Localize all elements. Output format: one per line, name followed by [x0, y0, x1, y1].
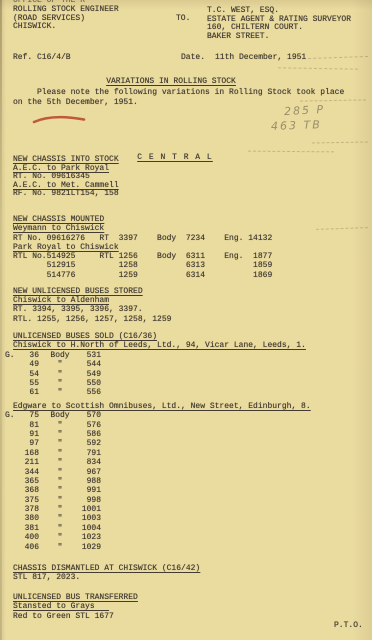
fleet-number: 406 [17, 543, 39, 552]
fleet-number: 55 [17, 379, 39, 388]
g-prefix [5, 458, 17, 467]
table-row: 81 " 576 [0, 421, 311, 430]
route-subheading: Weymann to Chiswick [13, 224, 272, 233]
scan-smudge [308, 56, 368, 59]
table-row: 406 " 1029 [0, 543, 311, 552]
fleet-number: 211 [17, 458, 39, 467]
fleet-number: 91 [17, 430, 39, 439]
g-prefix [5, 430, 17, 439]
body-number: 549 [75, 370, 101, 379]
table-row: 381 " 1004 [0, 524, 311, 533]
ditto-mark: " [45, 505, 75, 514]
ditto-mark: " [45, 449, 75, 458]
sold-leeds-table: G. 36 Body 531 49 " 544 54 " 549 [0, 351, 311, 398]
transfer-line: Red to Green STL 1677 [13, 612, 138, 621]
table-row: RT No. 09616276 RT 3397 Body 7234 Eng. 1… [13, 234, 272, 243]
route-subheading: Chiswick to Aldenham [13, 296, 171, 305]
g-prefix [5, 379, 17, 388]
section-chassis-dismantled: CHASSIS DISMANTLED AT CHISWICK (C16/42) … [13, 564, 200, 583]
ditto-mark: " [45, 477, 75, 486]
g-prefix [5, 505, 17, 514]
document-title: VARIATIONS IN ROLLING STOCK [106, 77, 236, 86]
g-prefix [5, 533, 17, 542]
g-prefix [5, 514, 17, 523]
recipient-line: BAKER STREET. [207, 33, 351, 42]
fleet-numbers-line: RTL. 1255, 1256, 1257, 1258, 1259 [13, 315, 171, 324]
table-row: 168 " 791 [0, 449, 311, 458]
table-row: 344 " 967 [0, 468, 311, 477]
fleet-number: 344 [17, 468, 39, 477]
ditto-mark: Body [45, 351, 75, 360]
table-row: 91 " 586 [0, 430, 311, 439]
g-prefix [5, 370, 17, 379]
table-row: G. 75 Body 570 [0, 411, 311, 420]
section-heading: UNLICENSED BUS TRANSFERRED [13, 593, 138, 602]
fleet-number: 378 [17, 505, 39, 514]
body-number: 1003 [75, 514, 101, 523]
ditto-mark: " [45, 379, 75, 388]
body-number: 570 [75, 411, 101, 420]
g-prefix: G. [5, 411, 17, 420]
section-new-chassis-mounted: NEW CHASSIS MOUNTED Weymann to Chiswick … [13, 215, 272, 280]
table-row: 380 " 1003 [0, 514, 311, 523]
scan-smudge [316, 227, 368, 230]
table-row: G. 36 Body 531 [0, 351, 311, 360]
scan-smudge [312, 142, 368, 144]
ditto-mark: " [45, 533, 75, 542]
fleet-number: 381 [17, 524, 39, 533]
ditto-mark: " [45, 468, 75, 477]
g-prefix [5, 543, 17, 552]
fleet-number: 375 [17, 496, 39, 505]
table-row: 375 " 998 [0, 496, 311, 505]
g-prefix: G. [5, 351, 17, 360]
region-heading: C E N T R A L [137, 153, 212, 162]
sender-office-line-clipped: OFFICE OF THE R [13, 0, 119, 6]
section-new-chassis-into-stock: NEW CHASSIS INTO STOCK A.E.C. to Park Ro… [13, 156, 119, 199]
ditto-mark: " [45, 360, 75, 369]
to-label: TO. [176, 14, 190, 23]
table-row: RTL No.514925 RTL 1256 Body 6311 Eng. 18… [13, 252, 272, 261]
g-prefix [5, 477, 17, 486]
fleet-number: 36 [17, 351, 39, 360]
fleet-number: 168 [17, 449, 39, 458]
body-number: 544 [75, 360, 101, 369]
stock-line: RF. No. 9821LT154, 158 [13, 190, 119, 199]
intro-paragraph-line2: on the 5th December, 1951. [13, 98, 138, 107]
body-number: 834 [75, 458, 101, 467]
fleet-number: 54 [17, 370, 39, 379]
table-row: 378 " 1001 [0, 505, 311, 514]
table-row: 211 " 834 [0, 458, 311, 467]
route-subheading: Edgware to Scottish Omnibuses, Ltd., New… [0, 402, 311, 411]
sender-block: OFFICE OF THE R ROLLING STOCK ENGINEER(R… [13, 0, 119, 32]
g-prefix [5, 360, 17, 369]
table-row: 365 " 988 [0, 477, 311, 486]
route-subheading: Stansted to Grays [13, 602, 138, 611]
body-number: 991 [75, 486, 101, 495]
g-prefix [5, 421, 17, 430]
body-number: 550 [75, 379, 101, 388]
table-row: 368 " 991 [0, 486, 311, 495]
section-heading: NEW UNLICENSED BUSES STORED [13, 287, 171, 296]
ditto-mark: Body [45, 411, 75, 420]
section-heading: CHASSIS DISMANTLED AT CHISWICK (C16/42) [13, 564, 200, 573]
ditto-mark: " [45, 524, 75, 533]
sender-line: CHISWICK. [13, 23, 119, 32]
fleet-number: 49 [17, 360, 39, 369]
section-unlicensed-bus-transferred: UNLICENSED BUS TRANSFERRED Stansted to G… [13, 593, 138, 621]
route-subheading: Chiswick to H.North of Leeds, Ltd., 94, … [0, 341, 311, 350]
table-row: 97 " 592 [0, 439, 311, 448]
date-label: Date. [181, 53, 205, 62]
fleet-numbers-line: STL 817, 2023. [13, 573, 200, 582]
ditto-mark: " [45, 458, 75, 467]
fleet-number: 81 [17, 421, 39, 430]
ditto-mark: " [45, 370, 75, 379]
fleet-number: 75 [17, 411, 39, 420]
body-number: 592 [75, 439, 101, 448]
ditto-mark: " [45, 486, 75, 495]
table-row: 49 " 544 [0, 360, 311, 369]
g-prefix [5, 496, 17, 505]
body-number: 998 [75, 496, 101, 505]
route-subheading: Park Royal to Chiswick [13, 243, 272, 252]
fleet-number: 380 [17, 514, 39, 523]
intro-paragraph-line1: Please note the following variations in … [37, 88, 344, 97]
table-row: 54 " 549 [0, 370, 311, 379]
date-value: 11th December, 1951 [215, 53, 306, 62]
body-number: 1029 [75, 543, 101, 552]
section-unlicensed-buses-sold: UNLICENSED BUSES SOLD (C16/36) Chiswick … [0, 332, 311, 552]
g-prefix [5, 524, 17, 533]
fleet-number: 365 [17, 477, 39, 486]
rtl-table: RTL No.514925 RTL 1256 Body 6311 Eng. 18… [13, 252, 272, 280]
section-heading: NEW CHASSIS MOUNTED [13, 215, 272, 224]
table-row: 512915 1258 6313 1859 [13, 261, 272, 270]
sold-edinburgh-table: G. 75 Body 570 81 " 576 91 " 586 [0, 411, 311, 552]
section-heading: UNLICENSED BUSES SOLD (C16/36) [0, 332, 311, 341]
body-number: 531 [75, 351, 101, 360]
g-prefix [5, 486, 17, 495]
table-row: 514776 1259 6314 1869 [13, 271, 272, 280]
body-number: 988 [75, 477, 101, 486]
body-number: 556 [75, 388, 101, 397]
ditto-mark: " [45, 543, 75, 552]
fleet-number: 61 [17, 388, 39, 397]
sender-lines: ROLLING STOCK ENGINEER(ROAD SERVICES)CHI… [13, 6, 119, 32]
ditto-mark: " [45, 439, 75, 448]
g-prefix [5, 468, 17, 477]
table-row: 55 " 550 [0, 379, 311, 388]
red-pen-mark [32, 113, 86, 125]
pencil-annotation-1: 285 P [284, 103, 326, 118]
g-prefix [5, 388, 17, 397]
scan-smudge [300, 99, 366, 101]
ditto-mark: " [45, 496, 75, 505]
ditto-mark: " [45, 430, 75, 439]
ditto-mark: " [45, 421, 75, 430]
body-number: 1004 [75, 524, 101, 533]
g-prefix [5, 449, 17, 458]
scanned-document: OFFICE OF THE R ROLLING STOCK ENGINEER(R… [0, 0, 372, 640]
stored-lines: RT. 3394, 3395, 3396, 3397.RTL. 1255, 12… [13, 305, 171, 323]
recipient-block: T.C. WEST, ESQ.ESTATE AGENT & RATING SUR… [207, 7, 351, 42]
ditto-mark: " [45, 514, 75, 523]
recipient-lines: T.C. WEST, ESQ.ESTATE AGENT & RATING SUR… [207, 7, 351, 42]
table-row: 61 " 556 [0, 388, 311, 397]
pencil-annotation-2: 463 TB [271, 118, 322, 133]
fleet-number: 368 [17, 486, 39, 495]
pto-label: P.T.O. [334, 621, 363, 630]
body-number: 1023 [75, 533, 101, 542]
body-number: 1001 [75, 505, 101, 514]
body-number: 791 [75, 449, 101, 458]
fleet-numbers-line: RT. 3394, 3395, 3396, 3397. [13, 305, 171, 314]
body-number: 967 [75, 468, 101, 477]
fleet-number: 97 [17, 439, 39, 448]
body-number: 586 [75, 430, 101, 439]
g-prefix [5, 439, 17, 448]
section-unlicensed-buses-stored: NEW UNLICENSED BUSES STORED Chiswick to … [13, 287, 171, 324]
ditto-mark: " [45, 388, 75, 397]
fleet-number: 400 [17, 533, 39, 542]
table-row: 400 " 1023 [0, 533, 311, 542]
body-number: 576 [75, 421, 101, 430]
ref-number: Ref. C16/4/B [13, 53, 71, 62]
